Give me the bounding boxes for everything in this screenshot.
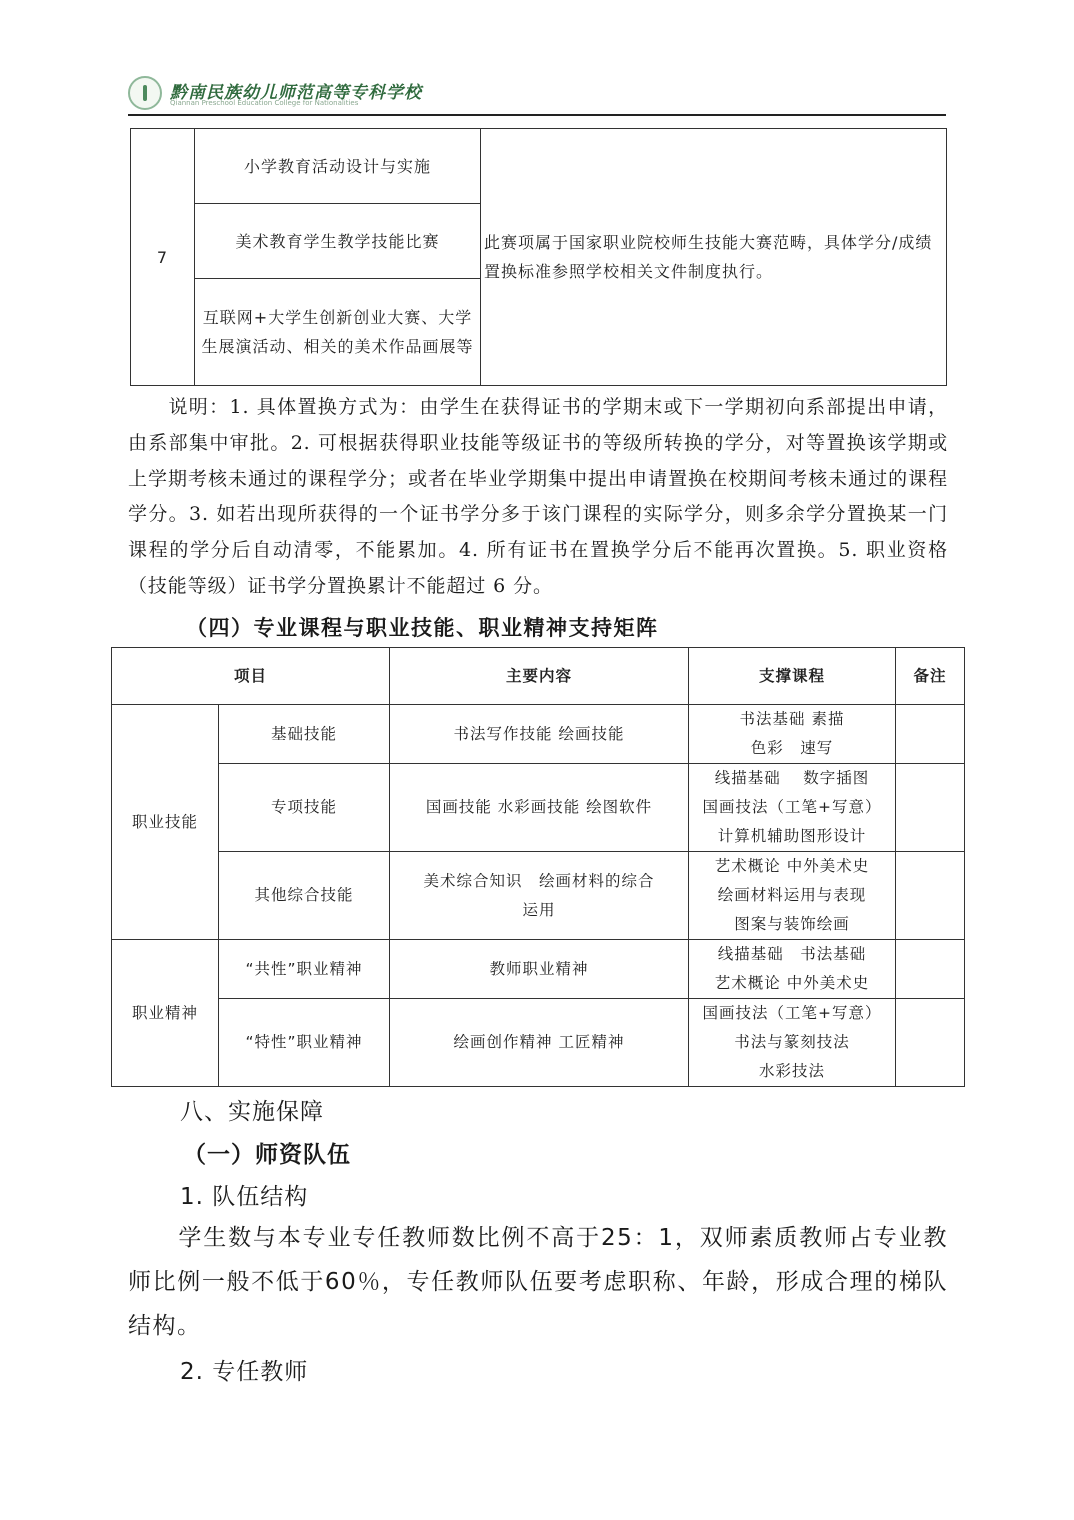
team-structure-text: 学生数与本专业专任教师数比例不高于25：1，双师素质教师占专业教师比例一般不低于…: [128, 1225, 948, 1339]
content-cell: 教师职业精神: [390, 940, 689, 999]
course-line: 线描基础 书法基础: [691, 940, 893, 969]
remark-cell: [896, 705, 965, 764]
table-row: 其他综合技能 美术综合知识 绘画材料的综合 运用 艺术概论 中外美术史 绘画材料…: [112, 852, 965, 940]
school-emblem-icon: [128, 76, 162, 110]
section-title: 八、实施保障: [180, 1093, 324, 1126]
course-line: 国画技法（工笔+写意）: [691, 999, 893, 1028]
competition-table: 7 小学教育活动设计与实施 此赛项属于国家职业院校师生技能大赛范畴，具体学分/成…: [130, 128, 947, 386]
table-row: “特性”职业精神 绘画创作精神 工匠精神 国画技法（工笔+写意） 书法与篆刻技法…: [112, 999, 965, 1087]
course-line: 线描基础 数字插图: [691, 764, 893, 793]
header-item: 项目: [112, 648, 390, 705]
explanation-paragraph: 说明：1. 具体置换方式为：由学生在获得证书的学期末或下一学期初向系部提出申请，…: [128, 390, 948, 605]
category-cell: 职业精神: [112, 940, 219, 1087]
competition-item: 小学教育活动设计与实施: [195, 129, 481, 204]
remark-cell: [896, 852, 965, 940]
course-line: 书法基础 素描: [691, 705, 893, 734]
courses-cell: 国画技法（工笔+写意） 书法与篆刻技法 水彩技法: [689, 999, 896, 1087]
competition-item: 互联网+大学生创新创业大赛、大学生展演活动、相关的美术作品画展等: [195, 279, 481, 386]
item-cell: “共性”职业精神: [219, 940, 390, 999]
course-line: 绘画材料运用与表现: [691, 881, 893, 910]
header-remark: 备注: [896, 648, 965, 705]
content-cell: 书法写作技能 绘画技能: [390, 705, 689, 764]
course-line: 图案与装饰绘画: [691, 910, 893, 939]
courses-cell: 艺术概论 中外美术史 绘画材料运用与表现 图案与装饰绘画: [689, 852, 896, 940]
table-header-row: 项目 主要内容 支撑课程 备注: [112, 648, 965, 705]
item-heading: 2. 专任教师: [180, 1353, 308, 1386]
course-line: 艺术概论 中外美术史: [691, 969, 893, 998]
content-cell: 绘画创作精神 工匠精神: [390, 999, 689, 1087]
matrix-heading: （四）专业课程与职业技能、职业精神支持矩阵: [186, 612, 659, 642]
item-cell: 其他综合技能: [219, 852, 390, 940]
courses-cell: 线描基础 书法基础 艺术概论 中外美术史: [689, 940, 896, 999]
team-structure-paragraph: 学生数与本专业专任教师数比例不高于25：1，双师素质教师占专业教师比例一般不低于…: [128, 1216, 948, 1348]
content-cell: 国画技能 水彩画技能 绘图软件: [390, 764, 689, 852]
subsection-title: （一）师资队伍: [183, 1136, 351, 1169]
content-line: 运用: [392, 896, 686, 925]
content-line: 美术综合知识 绘画材料的综合: [392, 867, 686, 896]
item-cell: 专项技能: [219, 764, 390, 852]
courses-cell: 书法基础 素描 色彩 速写: [689, 705, 896, 764]
school-name-en: Qiannan Preschool Education College for …: [170, 99, 358, 107]
course-line: 书法与篆刻技法: [691, 1028, 893, 1057]
content-cell: 美术综合知识 绘画材料的综合 运用: [390, 852, 689, 940]
course-line: 艺术概论 中外美术史: [691, 852, 893, 881]
courses-cell: 线描基础 数字插图 国画技法（工笔+写意） 计算机辅助图形设计: [689, 764, 896, 852]
item-cell: 基础技能: [219, 705, 390, 764]
header-courses: 支撑课程: [689, 648, 896, 705]
competition-item: 美术教育学生教学技能比赛: [195, 204, 481, 279]
row-number: 7: [131, 129, 195, 386]
support-matrix-table: 项目 主要内容 支撑课程 备注 职业技能 基础技能 书法写作技能 绘画技能 书法…: [111, 647, 965, 1087]
remark-cell: [896, 999, 965, 1087]
course-line: 计算机辅助图形设计: [691, 822, 893, 851]
table-row: 职业技能 基础技能 书法写作技能 绘画技能 书法基础 素描 色彩 速写: [112, 705, 965, 764]
remark-cell: [896, 764, 965, 852]
table-row: 专项技能 国画技能 水彩画技能 绘图软件 线描基础 数字插图 国画技法（工笔+写…: [112, 764, 965, 852]
course-line: 水彩技法: [691, 1057, 893, 1086]
course-line: 国画技法（工笔+写意）: [691, 793, 893, 822]
item-cell: “特性”职业精神: [219, 999, 390, 1087]
category-cell: 职业技能: [112, 705, 219, 940]
explanation-text: 说明：1. 具体置换方式为：由学生在获得证书的学期末或下一学期初向系部提出申请，…: [128, 396, 948, 597]
table-row: 职业精神 “共性”职业精神 教师职业精神 线描基础 书法基础 艺术概论 中外美术…: [112, 940, 965, 999]
item-heading: 1. 队伍结构: [180, 1178, 308, 1211]
course-line: 色彩 速写: [691, 734, 893, 763]
table-row: 7 小学教育活动设计与实施 此赛项属于国家职业院校师生技能大赛范畴，具体学分/成…: [131, 129, 947, 204]
competition-note: 此赛项属于国家职业院校师生技能大赛范畴，具体学分/成绩置换标准参照学校相关文件制…: [481, 129, 947, 386]
header-content: 主要内容: [390, 648, 689, 705]
header-divider: [128, 114, 946, 116]
remark-cell: [896, 940, 965, 999]
